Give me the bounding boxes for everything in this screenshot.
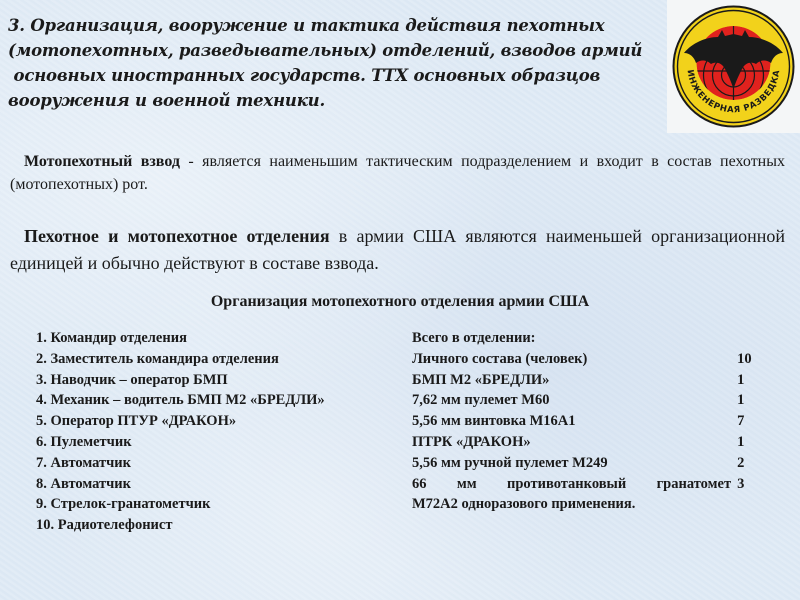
title-line-3: основных иностранных государств. ТТХ осн… bbox=[8, 63, 648, 88]
item-name-continuation: М72А2 одноразового применения. bbox=[412, 494, 732, 515]
table-row: 5,56 мм винтовка М16А1 7 bbox=[412, 411, 767, 432]
item-count: 2 bbox=[731, 453, 767, 474]
item-name: 66 мм противотанковый гранатомет bbox=[412, 474, 731, 495]
item-name: БМП М2 «БРЕДЛИ» bbox=[412, 370, 731, 391]
emblem-logo: ИНЖЕНЕРНАЯ РАЗВЕДКА bbox=[667, 0, 800, 133]
paragraph-lead: Пехотное и мотопехотное отделения bbox=[24, 226, 330, 246]
list-item: 3. Наводчик – оператор БМП bbox=[36, 370, 325, 391]
totals-header: Всего в отделении: bbox=[412, 328, 767, 349]
table-row: 5,56 мм ручной пулемет М249 2 bbox=[412, 453, 767, 474]
item-count: 3 bbox=[731, 474, 767, 495]
table-row: БМП М2 «БРЕДЛИ» 1 bbox=[412, 370, 767, 391]
positions-list: 1. Командир отделения 2. Заместитель ком… bbox=[36, 328, 325, 536]
table-row: ПТРК «ДРАКОН» 1 bbox=[412, 432, 767, 453]
item-name: 7,62 мм пулемет М60 bbox=[412, 390, 731, 411]
item-count: 1 bbox=[731, 432, 767, 453]
item-count: 1 bbox=[731, 390, 767, 411]
list-item: 10. Радиотелефонист bbox=[36, 515, 325, 536]
table-row: 66 мм противотанковый гранатомет 3 bbox=[412, 474, 767, 495]
list-item: 8. Автоматчик bbox=[36, 474, 325, 495]
paragraph-squad: Пехотное и мотопехотное отделения в арми… bbox=[10, 223, 785, 277]
list-item: 7. Автоматчик bbox=[36, 453, 325, 474]
paragraph-platoon: Мотопехотный взвод - является наименьшим… bbox=[10, 150, 785, 196]
item-count: 7 bbox=[731, 411, 767, 432]
list-item: 6. Пулеметчик bbox=[36, 432, 325, 453]
list-item: 4. Механик – водитель БМП М2 «БРЕДЛИ» bbox=[36, 390, 325, 411]
item-name: 5,56 мм ручной пулемет М249 bbox=[412, 453, 731, 474]
totals-table: Всего в отделении: Личного состава (чело… bbox=[412, 328, 767, 515]
item-name: Личного состава (человек) bbox=[412, 349, 731, 370]
table-row-continuation: М72А2 одноразового применения. bbox=[412, 494, 767, 515]
list-item: 2. Заместитель командира отделения bbox=[36, 349, 325, 370]
list-item: 9. Стрелок-гранатометчик bbox=[36, 494, 325, 515]
item-name: 5,56 мм винтовка М16А1 bbox=[412, 411, 731, 432]
list-item: 5. Оператор ПТУР «ДРАКОН» bbox=[36, 411, 325, 432]
paragraph-lead: Мотопехотный взвод bbox=[24, 153, 180, 170]
bat-emblem-icon: ИНЖЕНЕРНАЯ РАЗВЕДКА bbox=[670, 3, 797, 130]
table-row: Личного состава (человек) 10 bbox=[412, 349, 767, 370]
title-line-1: 3. Организация, вооружение и тактика дей… bbox=[8, 13, 648, 38]
title-line-4: вооружения и военной техники. bbox=[8, 88, 648, 113]
table-title: Организация мотопехотного отделения арми… bbox=[0, 293, 800, 311]
title-line-2: (мотопехотных, разведывательных) отделен… bbox=[8, 38, 648, 63]
list-item: 1. Командир отделения bbox=[36, 328, 325, 349]
slide-title: 3. Организация, вооружение и тактика дей… bbox=[8, 13, 648, 113]
item-count: 1 bbox=[731, 370, 767, 391]
item-name: ПТРК «ДРАКОН» bbox=[412, 432, 731, 453]
item-count: 10 bbox=[731, 349, 767, 370]
table-row: 7,62 мм пулемет М60 1 bbox=[412, 390, 767, 411]
